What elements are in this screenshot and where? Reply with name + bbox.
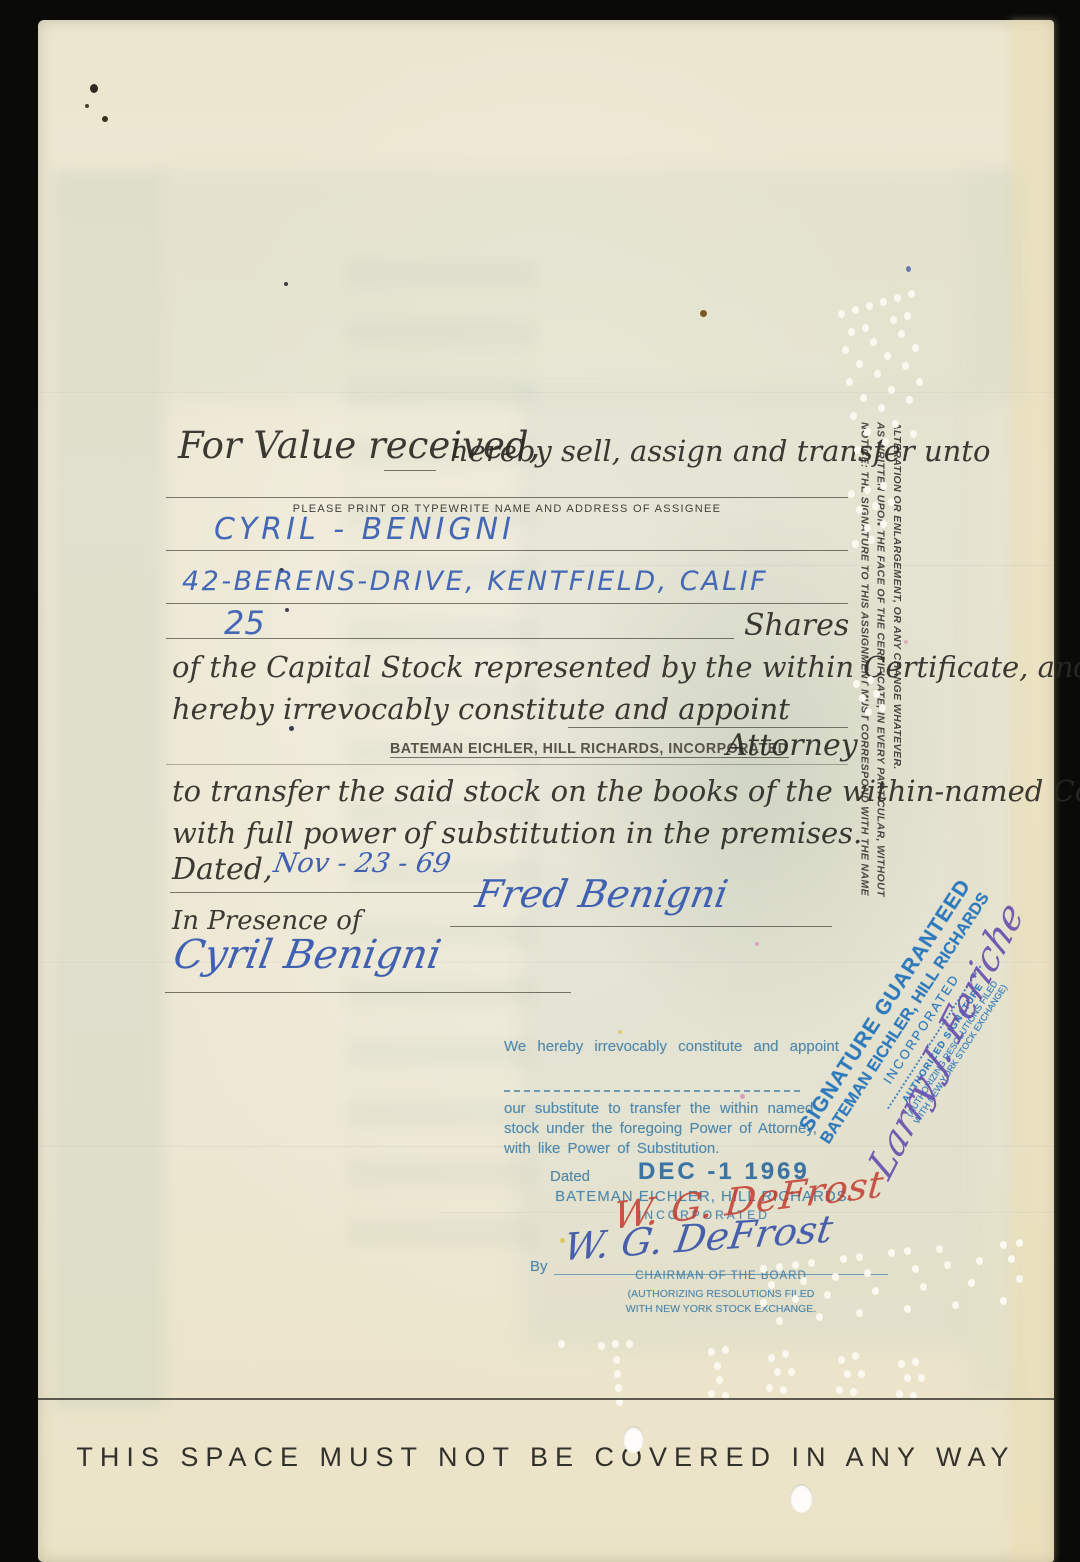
substitution-auth-line-1: (AUTHORIZING RESOLUTIONS FILED (558, 1288, 884, 1300)
perforation-cluster-bottom (558, 1340, 565, 1348)
officer-title: CHAIRMAN OF THE BOARD (558, 1270, 884, 1282)
attorney-row-rule (166, 764, 848, 765)
ink-speck (85, 104, 89, 108)
ink-speck (90, 84, 98, 93)
footer-separator-rule (38, 1398, 1054, 1400)
certificate-back-paper: For Value received, hereby sell, assign … (38, 20, 1054, 1562)
body-line-2: hereby irrevocably constitute and appoin… (172, 692, 790, 726)
dated-rule (170, 892, 496, 893)
assignee-address-handwritten: 42-BERENS-DRIVE, KENTFIELD, CALIF (182, 566, 768, 597)
substitution-auth-line-2: WITH NEW YORK STOCK EXCHANGE. (558, 1303, 884, 1315)
punch-hole (623, 1426, 644, 1453)
ink-speck (285, 608, 289, 612)
ink-speck (284, 282, 288, 286)
stain-yellow (618, 1030, 622, 1034)
assignee-rule-top (166, 497, 848, 498)
share-count-handwritten: 25 (224, 604, 265, 642)
perforation-cluster-right (848, 490, 855, 498)
witness-signature-rule (165, 992, 571, 993)
dated-label: Dated, (172, 852, 273, 887)
notice-line-2: AS WRITTEN UPON THE FACE OF THE CERTIFIC… (872, 422, 888, 892)
showthrough-top-border (164, 170, 1024, 400)
blank-line (384, 470, 436, 471)
dated-value-handwritten: Nov - 23 - 69 (271, 848, 453, 879)
shares-label: Shares (744, 608, 849, 643)
stain-brown (700, 310, 707, 317)
notice-line-3: ALTERATION OR ENLARGEMENT, OR ANY CHANGE… (889, 422, 905, 892)
opening-script-2: hereby sell, assign and transfer unto (450, 434, 990, 468)
body-line-3: to transfer the said stock on the books … (172, 774, 1080, 808)
notice-line-1: NOTICE: THE SIGNATURE TO THIS ASSIGNMENT… (856, 422, 872, 892)
shares-rule (166, 638, 734, 639)
assignee-address-rule (166, 603, 848, 604)
fold-crease (38, 392, 1054, 394)
perforation-cluster-upper-right (838, 310, 845, 318)
ink-speck (102, 116, 108, 122)
substitution-line-4: with like Power of Substitution. (504, 1140, 719, 1157)
screenshot-root: { "document_type": "stock-certificate-as… (0, 0, 1080, 1562)
showthrough-left-border (52, 170, 164, 1410)
ink-speck-blue (906, 266, 911, 272)
attorney-label: Attorney (726, 728, 858, 763)
perforation-cluster-notice (853, 680, 860, 688)
footer-warning: THIS SPACE MUST NOT BE COVERED IN ANY WA… (38, 1442, 1054, 1473)
assignee-name-rule (166, 550, 848, 551)
substitution-dated-label: Dated (550, 1168, 590, 1185)
punch-hole (790, 1484, 813, 1513)
by-label: By (530, 1258, 548, 1275)
signature-notice: NOTICE: THE SIGNATURE TO THIS ASSIGNMENT… (856, 422, 905, 892)
signature-guarantee-stamp: SIGNATURE GUARANTEED BATEMAN EICHLER, HI… (735, 828, 1080, 1228)
ink-speck (289, 726, 294, 731)
assignee-name-handwritten: CYRIL - BENIGNI (214, 512, 515, 547)
perforation-cluster-mid-right (760, 1265, 767, 1273)
seller-signature: Fred Benigni (472, 872, 731, 916)
witness-signature: Cyril Benigni (170, 932, 445, 978)
body-line-1: of the Capital Stock represented by the … (172, 650, 1080, 684)
